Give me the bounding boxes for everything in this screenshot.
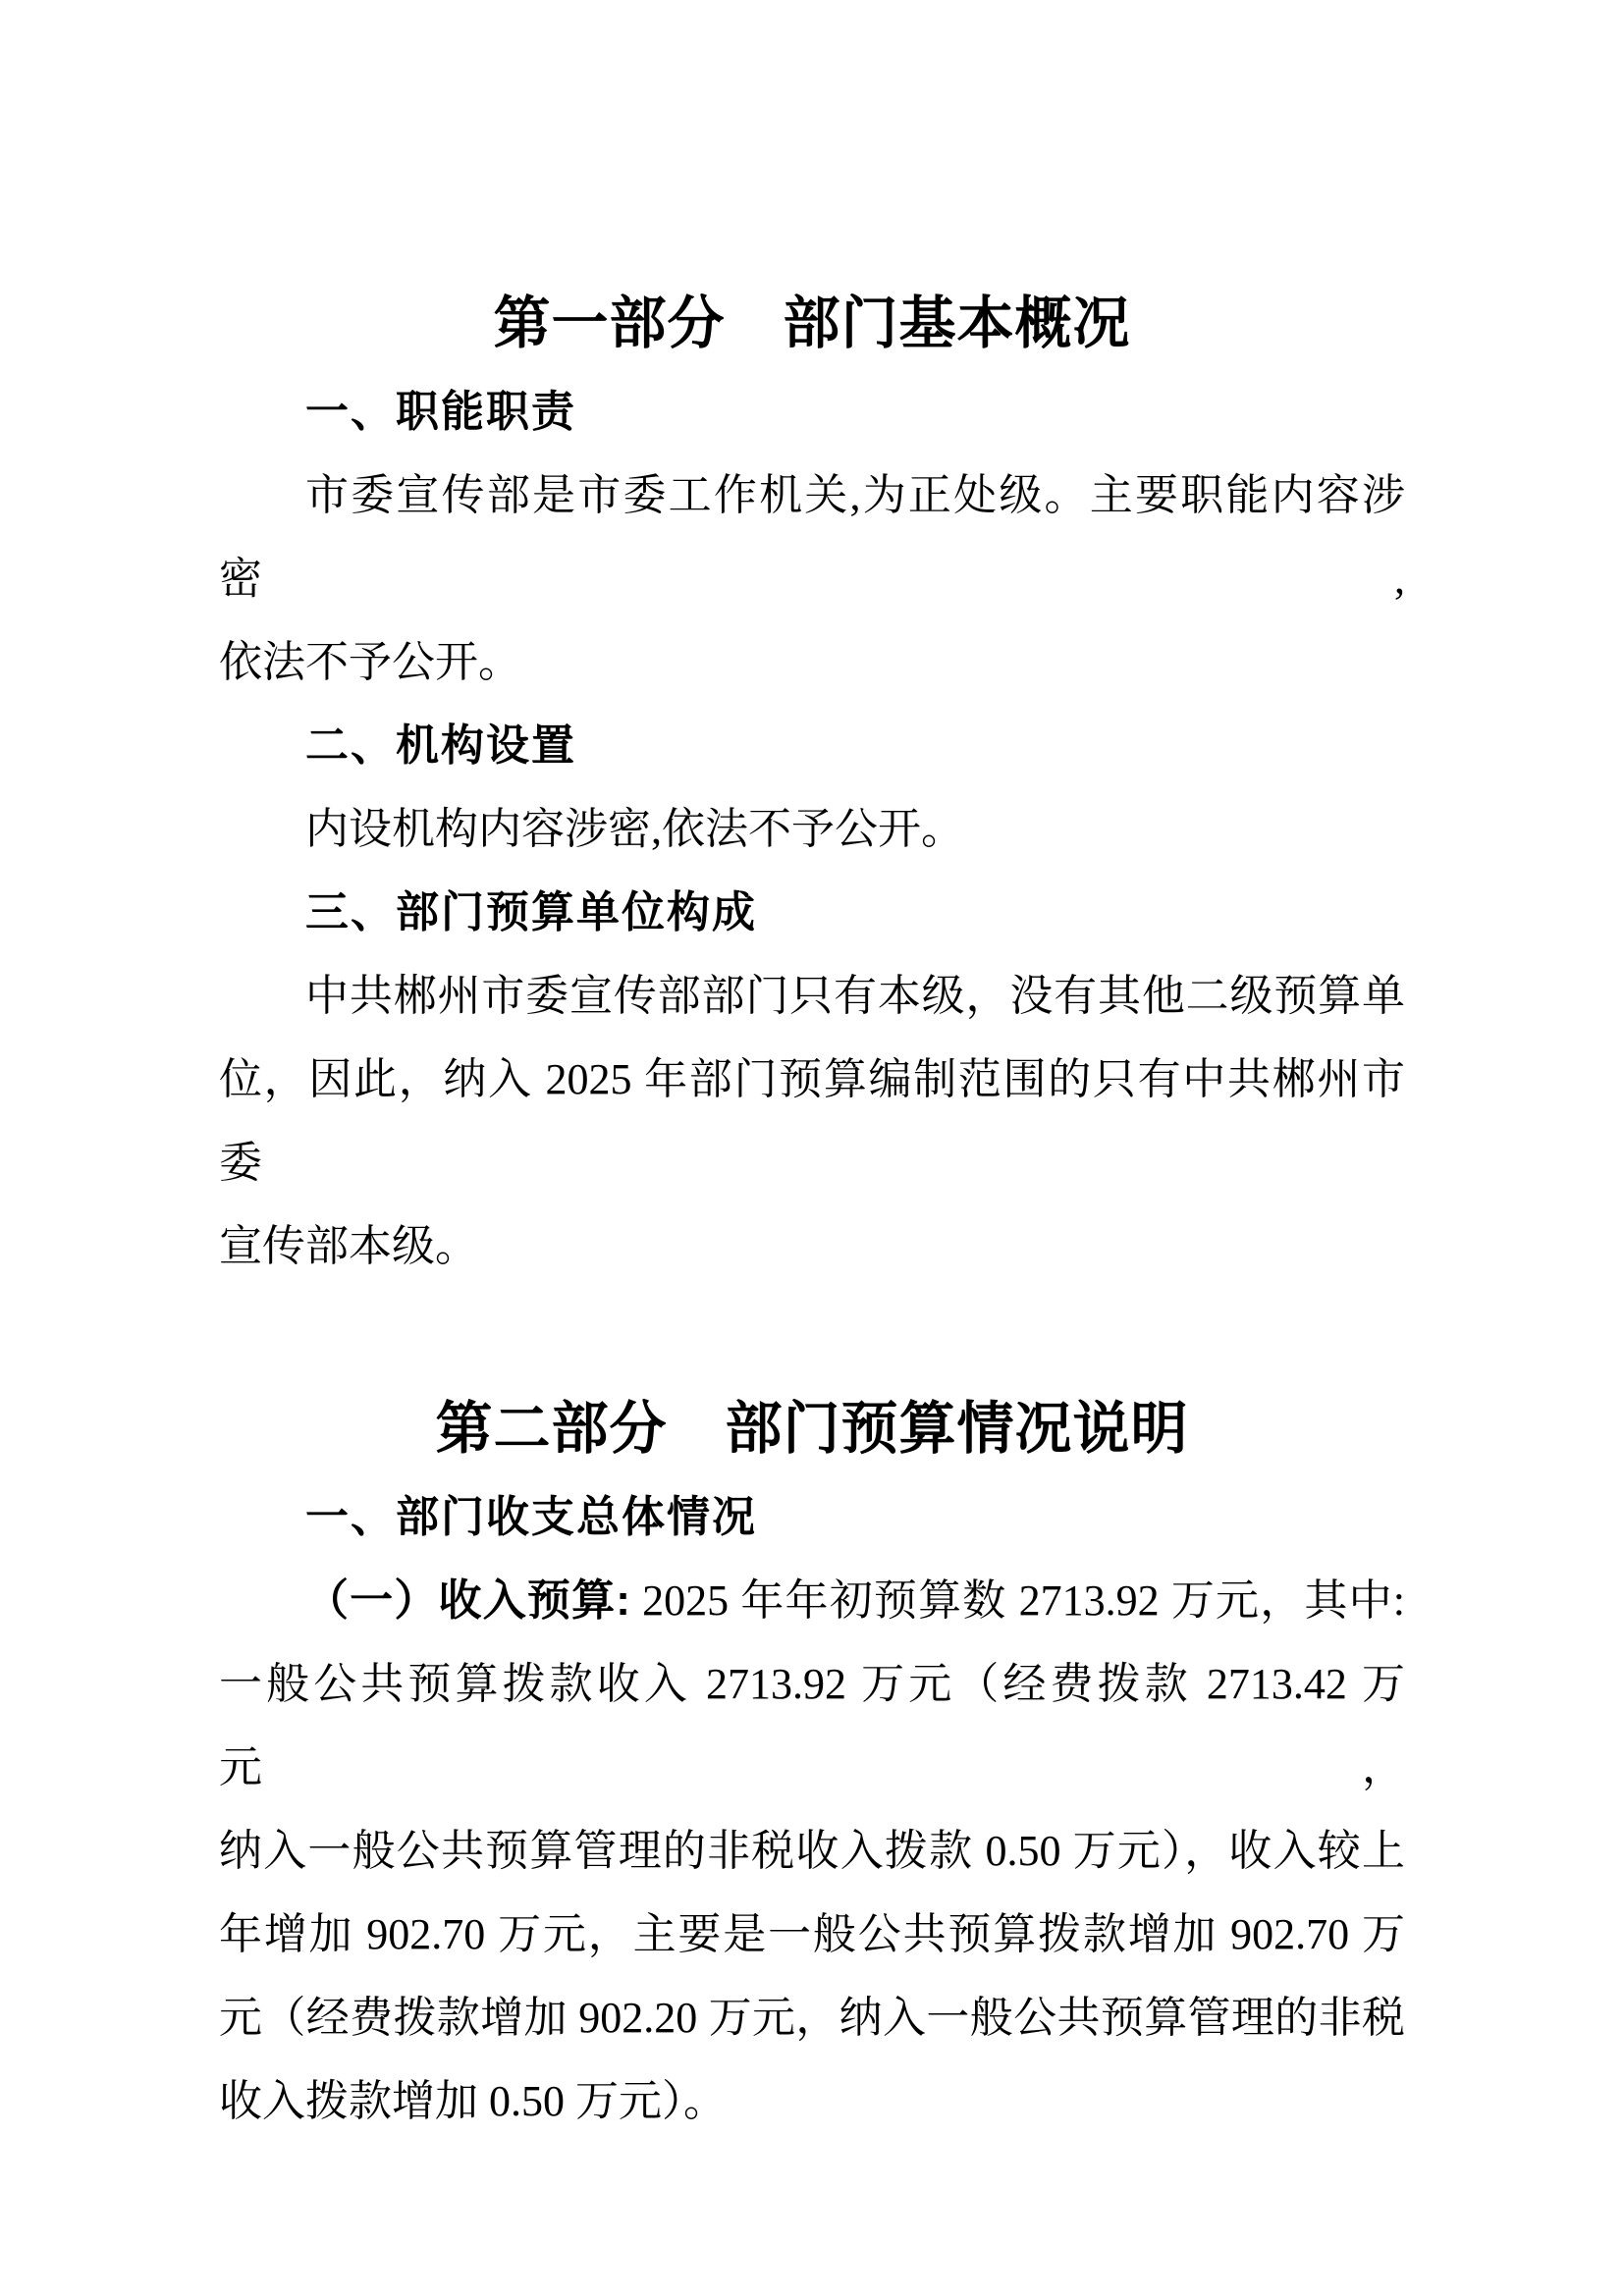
paragraph-line: 一般公共预算拨款收入 2713.92 万元（经费拨款 2713.42 万元，: [219, 1642, 1405, 1809]
paragraph-line: 纳入一般公共预算管理的非税收入拨款 0.50 万元），收入较上: [219, 1809, 1405, 1893]
part1-title: 第一部分 部门基本概况: [219, 278, 1405, 370]
part1-section3-heading: 三、部门预算单位构成: [219, 871, 1405, 954]
paragraph-line-text: 2025 年年初预算数 2713.92 万元，其中:: [630, 1576, 1405, 1625]
part2-title: 第二部分 部门预算情况说明: [219, 1383, 1405, 1475]
paragraph-line: 年增加 902.70 万元，主要是一般公共预算拨款增加 902.70 万: [219, 1893, 1405, 1976]
paragraph-line: （一）收入预算: 2025 年年初预算数 2713.92 万元，其中:: [219, 1559, 1405, 1642]
part1-section1-heading: 一、职能职责: [219, 370, 1405, 454]
paragraph-line: 市委宣传部是市委工作机关,为正处级。主要职能内容涉密,: [219, 454, 1405, 620]
paragraph-line: 元（经费拨款增加 902.20 万元，纳入一般公共预算管理的非税: [219, 1976, 1405, 2059]
paragraph-line: 宣传部本级。: [219, 1204, 1405, 1288]
paragraph-line: 位，因此，纳入 2025 年部门预算编制范围的只有中共郴州市委: [219, 1038, 1405, 1204]
part2-section1-paragraph: （一）收入预算: 2025 年年初预算数 2713.92 万元，其中: 一般公共…: [219, 1559, 1405, 2143]
part1-section3-paragraph: 中共郴州市委宣传部部门只有本级，没有其他二级预算单 位，因此，纳入 2025 年…: [219, 954, 1405, 1288]
paragraph-line: 中共郴州市委宣传部部门只有本级，没有其他二级预算单: [219, 954, 1405, 1038]
part2-section1-heading: 一、部门收支总体情况: [219, 1475, 1405, 1559]
paragraph-line: 内设机构内容涉密,依法不予公开。: [219, 787, 1405, 871]
paragraph-line: 收入拨款增加 0.50 万元）。: [219, 2059, 1405, 2143]
document-page: 第一部分 部门基本概况 一、职能职责 市委宣传部是市委工作机关,为正处级。主要职…: [0, 0, 1624, 2296]
paragraph-line: 依法不予公开。: [219, 620, 1405, 704]
part1-section1-paragraph: 市委宣传部是市委工作机关,为正处级。主要职能内容涉密, 依法不予公开。: [219, 454, 1405, 704]
income-budget-lead-label: （一）收入预算:: [305, 1576, 630, 1625]
document-content: 第一部分 部门基本概况 一、职能职责 市委宣传部是市委工作机关,为正处级。主要职…: [0, 278, 1624, 2143]
part1-section2-heading: 二、机构设置: [219, 704, 1405, 787]
part1-section2-paragraph: 内设机构内容涉密,依法不予公开。: [219, 787, 1405, 871]
